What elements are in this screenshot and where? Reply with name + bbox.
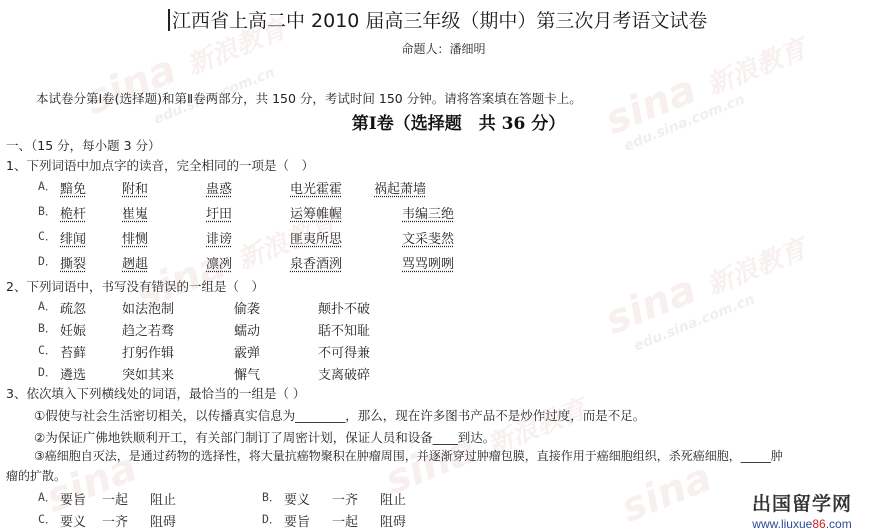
option-word: 一齐 [102,511,128,530]
option-word: 祸起萧墙 [374,178,426,197]
option-label: A． [38,489,60,505]
option-word: 遴选 [60,364,86,383]
option-word: 泉香酒洌 [290,253,342,272]
option-word: 桅杆 [60,203,86,222]
option-word: 圩田 [206,203,232,222]
sentence-2: ②为保证广佛地铁顺利开工，有关部门制订了周密计划，保证人员和设备____到达。 [34,428,495,446]
option-word: 要旨 [284,511,310,530]
option-word: 趔趄 [122,253,148,272]
option-word: 运筹帷幄 [290,203,342,222]
option-label: D． [262,511,284,527]
option-word: 阻碍 [150,511,176,530]
part-title: 第Ⅰ卷（选择题 共 36 分） [0,109,887,134]
option-row: D． [38,253,60,269]
option-row: C． [38,228,60,244]
option-word: 电光霍霍 [290,178,342,197]
option-word: 黯免 [60,178,86,197]
option-word: 文采斐然 [402,228,454,247]
option-word: 打躬作辑 [122,342,174,361]
option-word: 韦编三绝 [402,203,454,222]
sina-url-watermark: edu.sina.com.cn [632,291,757,354]
option-word: 支离破碎 [318,364,370,383]
option-word: 要义 [284,489,310,508]
option-row: A． [38,178,60,194]
option-word: 蛊惑 [206,178,232,197]
document-title: 江西省上高二中 2010 届高三年级（期中）第三次月考语文试卷 [168,6,707,33]
option-word: 颠扑不破 [318,298,370,317]
option-word: 要义 [60,511,86,530]
option-word: 苔藓 [60,342,86,361]
option-label: D． [38,253,60,269]
option-word: 阻止 [150,489,176,508]
option-word: 阻碍 [380,511,406,530]
option-word: 撕裂 [60,253,86,272]
option-word: 匪夷所思 [290,228,342,247]
option-word: 悱恻 [122,228,148,247]
option-label: D． [38,364,60,380]
option-word: 聒不知耻 [318,320,370,339]
option-row: B． [38,203,60,219]
question-1-stem: 1、下列词语中加点字的读音，完全相同的一项是（ ） [6,156,314,174]
option-word: 一齐 [332,489,358,508]
option-word: 要旨 [60,489,86,508]
option-word: 附和 [122,178,148,197]
option-word: 凛冽 [206,253,232,272]
option-word: 蠕动 [234,320,260,339]
option-word: 如法泡制 [122,298,174,317]
sina-watermark: sina [615,454,718,530]
author-line: 命题人：潘细明 [0,40,887,57]
option-word: 骂骂咧咧 [402,253,454,272]
option-label: B． [38,320,60,336]
brand-name: 出国留学网 [752,489,852,516]
option-word: 偷袭 [234,298,260,317]
option-word: 懈气 [234,364,260,383]
option-label: C． [38,342,60,358]
option-label: C． [38,511,60,527]
option-word: 妊娠 [60,320,86,339]
sentence-1: ①假使与社会生活密切相关，以传播真实信息为________，那么，现在许多图书产… [34,406,645,424]
question-2-stem: 2、下列词语中，书写没有错误的一组是（ ） [6,277,264,295]
option-label: A． [38,178,60,194]
text-cursor [168,9,170,31]
option-word: 阻止 [380,489,406,508]
brand-url: www.liuxue86.com [752,517,852,530]
option-label: A． [38,298,60,314]
option-word: 不可得兼 [318,342,370,361]
sentence-3-continued: 瘤的扩散。 [6,467,66,484]
option-label: B． [262,489,284,505]
exam-instructions: 本试卷分第Ⅰ卷(选择题)和第Ⅱ卷两部分，共 150 分，考试时间 150 分钟。… [36,89,582,107]
option-word: 趋之若骛 [122,320,174,339]
sina-watermark: sina 新浪教育 [599,222,812,344]
option-label: C． [38,228,60,244]
question-3-stem: 3、依次填入下列横线处的词语，最恰当的一组是（ ） [6,384,305,402]
option-word: 崔嵬 [122,203,148,222]
option-word: 一起 [332,511,358,530]
option-word: 霰弹 [234,342,260,361]
option-label: B． [38,203,60,219]
sentence-3: ③癌细胞自灭法，是通过药物的选择性，将大量抗癌物聚积在肿瘤周围，并逐渐穿过肿瘤包… [34,447,783,464]
section-heading: 一、（15 分，每小题 3 分） [6,136,161,154]
liuxue86-logo: 出国留学网 www.liuxue86.com [752,489,852,530]
option-word: 突如其来 [122,364,174,383]
option-word: 疏忽 [60,298,86,317]
title-text: 江西省上高二中 2010 届高三年级（期中）第三次月考语文试卷 [172,10,707,32]
option-word: 绯闻 [60,228,86,247]
option-word: 一起 [102,489,128,508]
option-word: 诽谤 [206,228,232,247]
